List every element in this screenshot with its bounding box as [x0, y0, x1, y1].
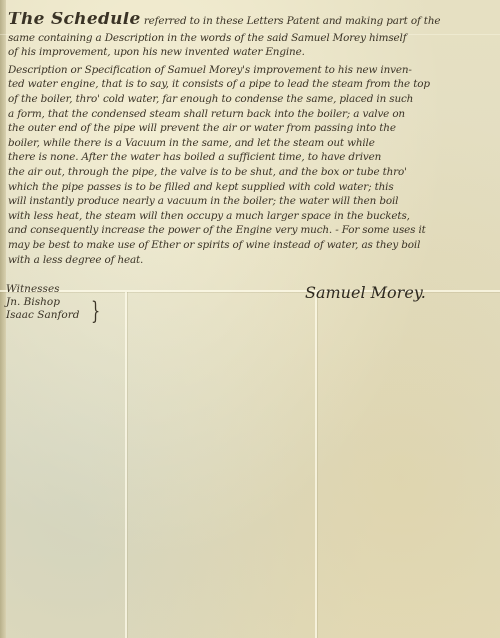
- handwritten-body: The Schedule referred to in these Letter…: [8, 10, 496, 267]
- line-text: referred to in these Letters Patent and …: [141, 15, 441, 27]
- text-line: ted water engine, that is to say, it con…: [8, 77, 496, 92]
- text-line: same containing a Description in the wor…: [8, 31, 496, 46]
- witness-block: Witnesses Jn. Bishop Isaac Sanford: [6, 283, 79, 322]
- text-line: Description or Specification of Samuel M…: [8, 63, 496, 78]
- text-line: will instantly produce nearly a vacuum i…: [8, 194, 496, 209]
- witness-name: Jn. Bishop: [6, 296, 79, 309]
- witness-name: Isaac Sanford: [6, 309, 79, 322]
- text-line: may be best to make use of Ether or spir…: [8, 238, 496, 253]
- text-line: The Schedule referred to in these Letter…: [8, 12, 496, 29]
- manuscript-page: The Schedule referred to in these Letter…: [0, 0, 500, 638]
- witnesses-label: Witnesses: [6, 283, 79, 296]
- text-line: of the boiler, thro' cold water, far eno…: [8, 92, 496, 107]
- text-line: boiler, while there is a Vacuum in the s…: [8, 136, 496, 151]
- schedule-title: The Schedule: [8, 12, 141, 29]
- text-line: with a less degree of heat.: [8, 253, 496, 268]
- text-line: with less heat, the steam will then occu…: [8, 209, 496, 224]
- text-line: and consequently increase the power of t…: [8, 223, 496, 238]
- brace-mark: }: [91, 297, 100, 325]
- signature: Samuel Morey.: [305, 283, 426, 302]
- fold-line: [315, 292, 317, 638]
- fold-line: [125, 292, 127, 638]
- text-line: of his improvement, upon his new invente…: [8, 45, 496, 60]
- text-line: the outer end of the pipe will prevent t…: [8, 121, 496, 136]
- text-line: the air out, through the pipe, the valve…: [8, 165, 496, 180]
- text-line: which the pipe passes is to be filled an…: [8, 180, 496, 195]
- text-line: there is none. After the water has boile…: [8, 150, 496, 165]
- text-line: a form, that the condensed steam shall r…: [8, 107, 496, 122]
